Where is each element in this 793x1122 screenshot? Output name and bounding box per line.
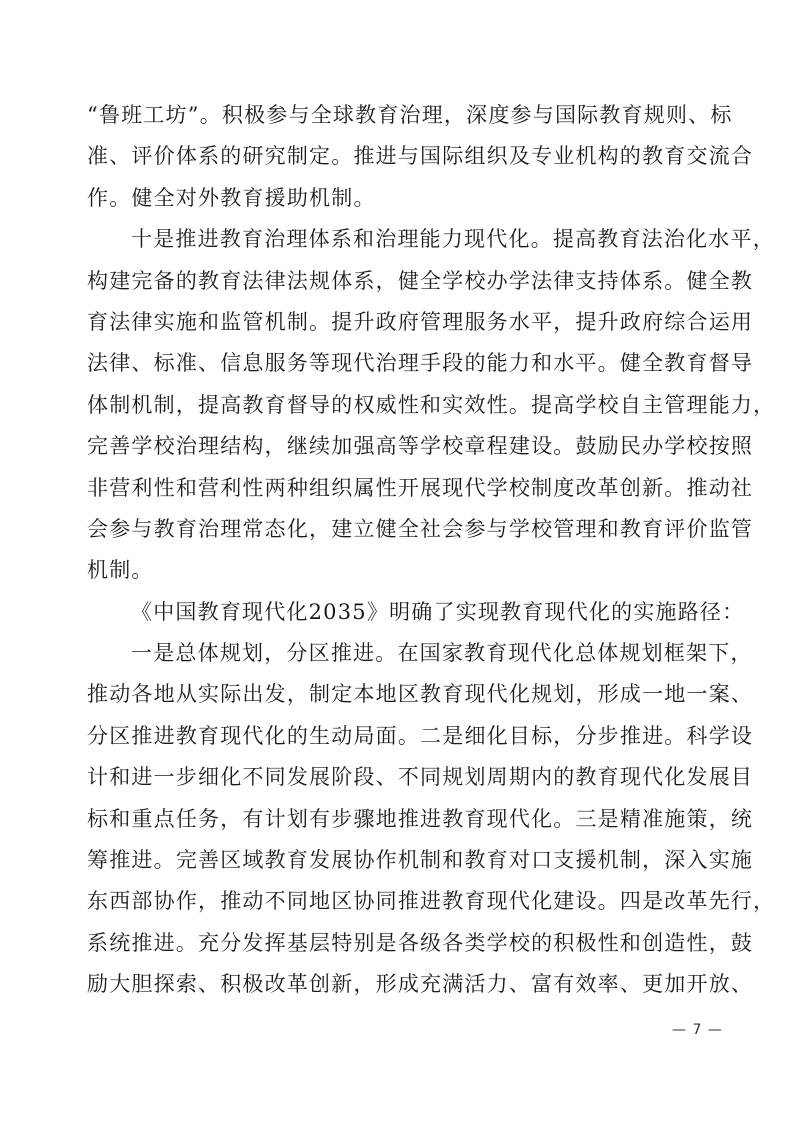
text-line: 机制。 xyxy=(87,550,713,591)
text-line: 筹推进。完善区域教育发展协作机制和教育对口支援机制，深入实施 xyxy=(87,840,713,881)
text-line: 分区推进教育现代化的生动局面。二是细化目标，分步推进。科学设 xyxy=(87,716,713,757)
text-line: 会参与教育治理常态化，建立健全社会参与学校管理和教育评价监管 xyxy=(87,509,713,550)
text-line: 完善学校治理结构，继续加强高等学校章程建设。鼓励民办学校按照 xyxy=(87,426,713,467)
text-line: “鲁班工坊”。积极参与全球教育治理，深度参与国际教育规则、标 xyxy=(87,95,713,136)
text-line: 推动各地从实际出发，制定本地区教育现代化规划，形成一地一案、 xyxy=(87,674,713,715)
text-line: 构建完备的教育法律法规体系，健全学校办学法律支持体系。健全教 xyxy=(87,261,713,302)
text-line: 励大胆探索、积极改革创新，形成充满活力、富有效率、更加开放、 xyxy=(87,964,713,1005)
text-line: 系统推进。充分发挥基层特别是各级各类学校的积极性和创造性，鼓 xyxy=(87,923,713,964)
body-text: “鲁班工坊”。积极参与全球教育治理，深度参与国际教育规则、标 准、评价体系的研究… xyxy=(87,95,713,1006)
text-line: 作。健全对外教育援助机制。 xyxy=(87,178,713,219)
text-line: 《中国教育现代化2035》明确了实现教育现代化的实施路径： xyxy=(87,592,713,633)
text-line: 体制机制，提高教育督导的权威性和实效性。提高学校自主管理能力， xyxy=(87,385,713,426)
text-line: 标和重点任务，有计划有步骤地推进教育现代化。三是精准施策，统 xyxy=(87,799,713,840)
text-line: 十是推进教育治理体系和治理能力现代化。提高教育法治化水平， xyxy=(87,219,713,260)
text-line: 育法律实施和监管机制。提升政府管理服务水平，提升政府综合运用 xyxy=(87,302,713,343)
text-line: 计和进一步细化不同发展阶段、不同规划周期内的教育现代化发展目 xyxy=(87,757,713,798)
document-page: “鲁班工坊”。积极参与全球教育治理，深度参与国际教育规则、标 准、评价体系的研究… xyxy=(0,0,793,1122)
text-line: 准、评价体系的研究制定。推进与国际组织及专业机构的教育交流合 xyxy=(87,136,713,177)
text-line: 法律、标准、信息服务等现代治理手段的能力和水平。健全教育督导 xyxy=(87,343,713,384)
text-line: 非营利性和营利性两种组织属性开展现代学校制度改革创新。推动社 xyxy=(87,468,713,509)
text-line: 一是总体规划，分区推进。在国家教育现代化总体规划框架下， xyxy=(87,633,713,674)
page-number: — 7 — xyxy=(672,1022,723,1038)
text-line: 东西部协作，推动不同地区协同推进教育现代化建设。四是改革先行， xyxy=(87,881,713,922)
